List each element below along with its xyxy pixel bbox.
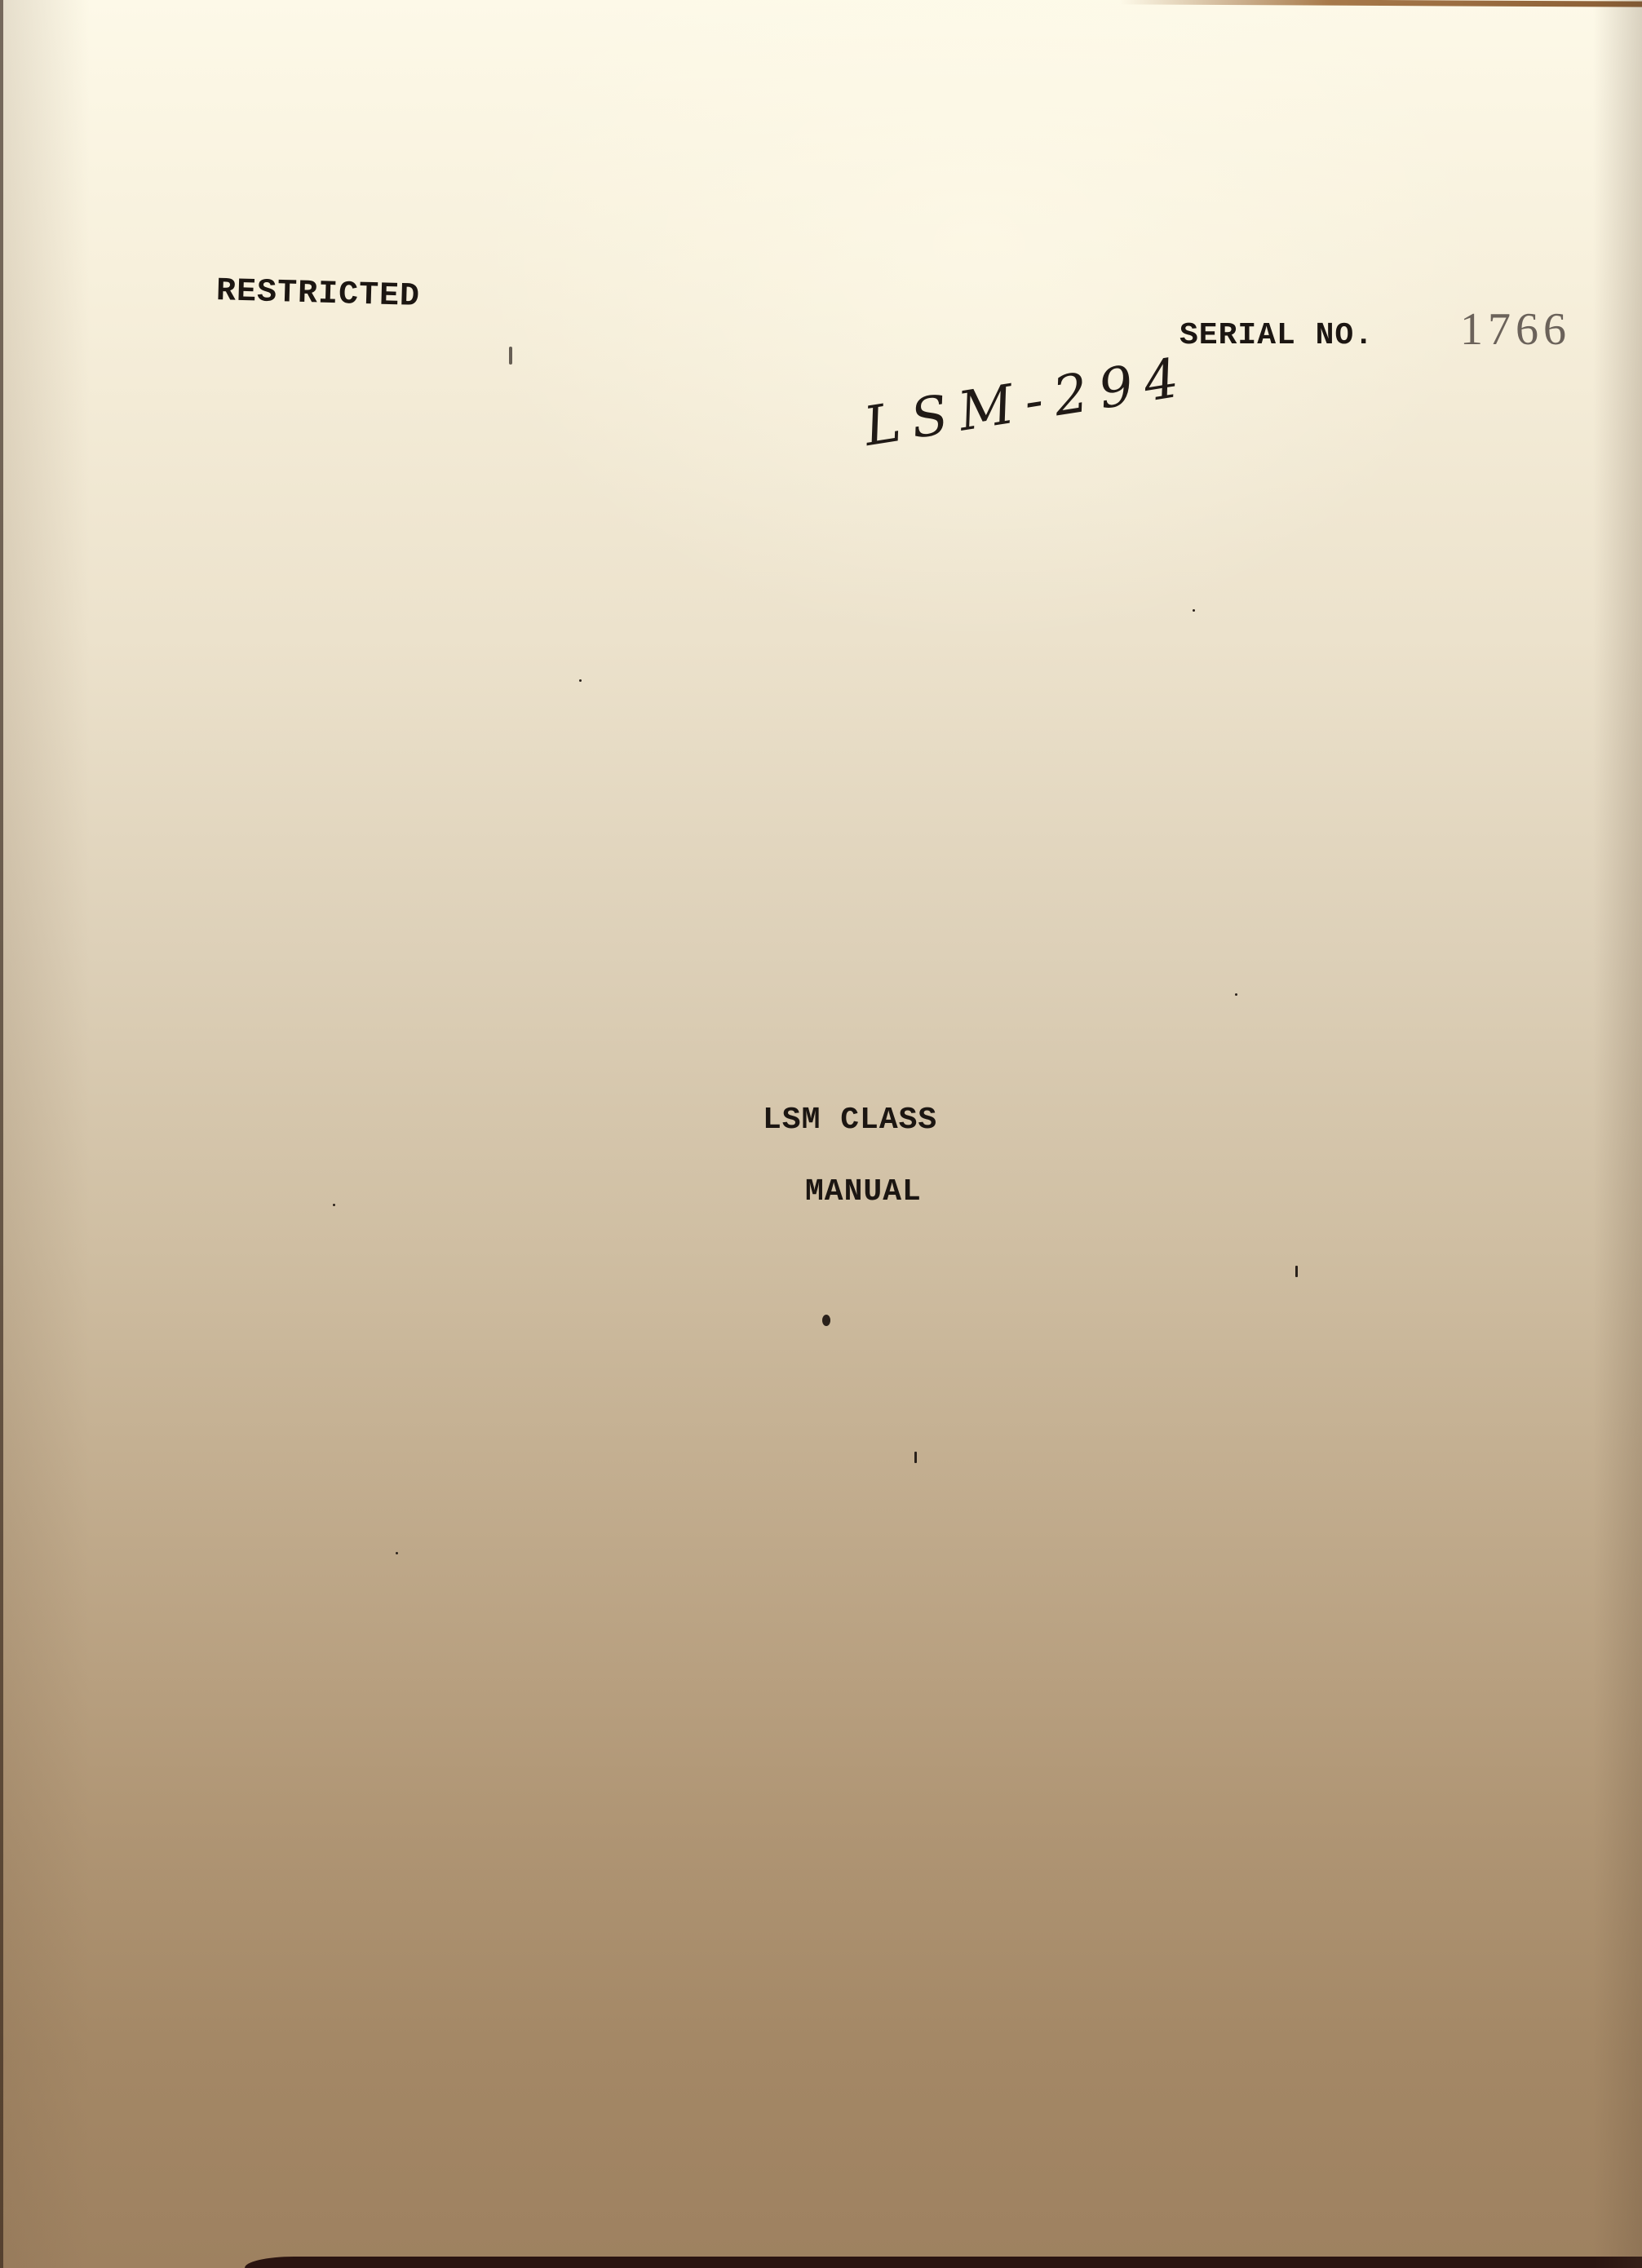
document-page: RESTRICTED SERIAL NO. 1766 LSM-294 LSM C… — [0, 0, 1642, 2268]
paper-speck — [509, 347, 512, 365]
classification-label: RESTRICTED — [215, 273, 420, 316]
document-title-line-2: MANUAL — [805, 1174, 922, 1209]
page-top-edge — [1120, 0, 1642, 7]
paper-speck — [333, 1204, 335, 1206]
paper-speck — [1235, 993, 1237, 996]
paper-speck — [914, 1452, 917, 1463]
paper-speck — [579, 679, 582, 682]
serial-number-label: SERIAL NO. — [1179, 318, 1374, 353]
paper-speck — [1193, 609, 1195, 612]
paper-speck — [1295, 1266, 1298, 1277]
document-title-line-1: LSM CLASS — [763, 1103, 937, 1138]
paper-speck — [396, 1552, 398, 1554]
paper-speck — [822, 1315, 830, 1326]
serial-number-value: 1766 — [1460, 303, 1571, 356]
page-bottom-edge — [245, 2257, 1642, 2268]
handwritten-hull-number: LSM-294 — [860, 345, 1194, 458]
page-left-border — [0, 0, 3, 2268]
